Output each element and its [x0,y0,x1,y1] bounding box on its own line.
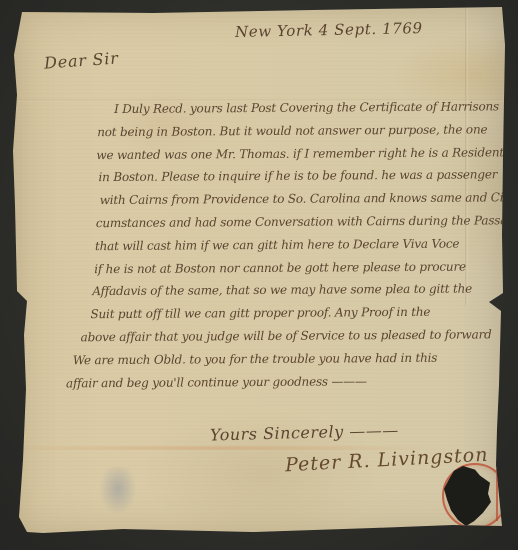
letter-line: Affadavis of the same, that so we may ha… [92,278,506,304]
letter-line: that will cast him if we can gitt him he… [95,232,506,258]
letter-body: I Duly Recd. yours last Post Covering th… [12,95,507,395]
letter-line: with Cairns from Providence to So. Carol… [100,186,506,212]
ink-smudge [99,467,137,515]
photo-backdrop: New York 4 Sept. 1769 Dear Sir I Duly Re… [0,0,518,550]
letter-line: not being in Boston. But it would not an… [97,118,505,144]
letter-line: in Boston. Please to inquire if he is to… [98,164,505,190]
letter-line: Suit putt off till we can gitt proper pr… [90,300,506,326]
letter-line: I Duly Recd. yours last Post Covering th… [114,95,505,121]
letter-line: above affair that you judge will be of S… [81,323,507,349]
letter-line: we wanted was one Mr. Thomas. if I remem… [96,141,505,167]
letter-line: cumstances and had some Conversation wit… [96,209,506,235]
letter-line: We are much Obld. to you for the trouble… [73,346,507,372]
wax-seal-edge [496,469,498,521]
letter-paper: New York 4 Sept. 1769 Dear Sir I Duly Re… [13,5,506,535]
letter-line: if he is not at Boston nor cannot be got… [94,255,506,281]
letter-line: affair and beg you'll continue your good… [66,369,507,395]
